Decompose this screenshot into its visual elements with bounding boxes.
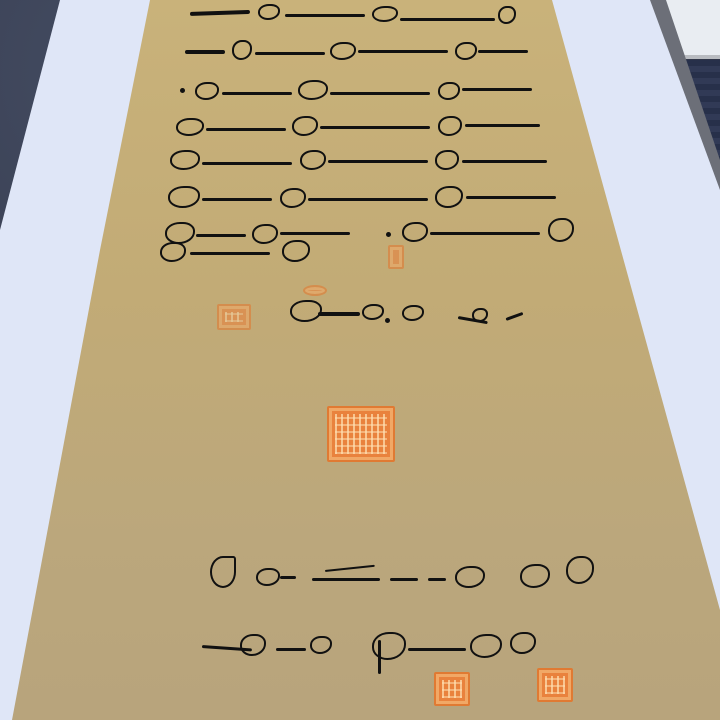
ink-stroke (202, 198, 272, 201)
ink-stroke (462, 160, 547, 163)
ink-stroke (408, 648, 466, 651)
ink-dot (180, 88, 185, 93)
seal-left-signature (217, 304, 251, 330)
ink-stroke (276, 648, 306, 651)
ink-stroke (308, 198, 428, 201)
ink-stroke (428, 578, 446, 581)
ink-glyph (210, 556, 236, 588)
ink-stroke (312, 578, 380, 581)
ink-stroke (255, 52, 325, 55)
ink-stroke (478, 50, 528, 53)
ink-stroke (328, 160, 428, 163)
seal-bottom-right (537, 668, 573, 702)
ink-stroke (185, 50, 225, 54)
ink-stroke (358, 50, 448, 53)
ink-stroke (280, 576, 296, 579)
ink-stroke (466, 196, 556, 199)
ink-stroke (222, 92, 292, 95)
ink-stroke (285, 14, 365, 17)
ink-stroke (462, 88, 532, 91)
ink-stroke (400, 18, 495, 21)
oval-seal (303, 285, 327, 296)
ink-dot (385, 318, 390, 323)
photo-scene: Cursive calligraphy text (main body) Cur… (0, 0, 720, 720)
ink-stroke (378, 640, 381, 674)
ink-stroke (196, 234, 246, 237)
ink-stroke (318, 312, 360, 316)
seal-bottom-left (434, 672, 470, 706)
ink-stroke (206, 128, 286, 131)
ink-stroke (390, 578, 418, 581)
ink-stroke (202, 162, 292, 165)
ink-stroke (280, 232, 350, 235)
ink-stroke (330, 92, 430, 95)
ink-stroke (430, 232, 540, 235)
ink-stroke (465, 124, 540, 127)
small-seal-top (388, 245, 404, 269)
ink-stroke (320, 126, 430, 129)
ink-stroke (190, 252, 270, 255)
main-seal-center (327, 406, 395, 462)
ink-dot (386, 232, 391, 237)
